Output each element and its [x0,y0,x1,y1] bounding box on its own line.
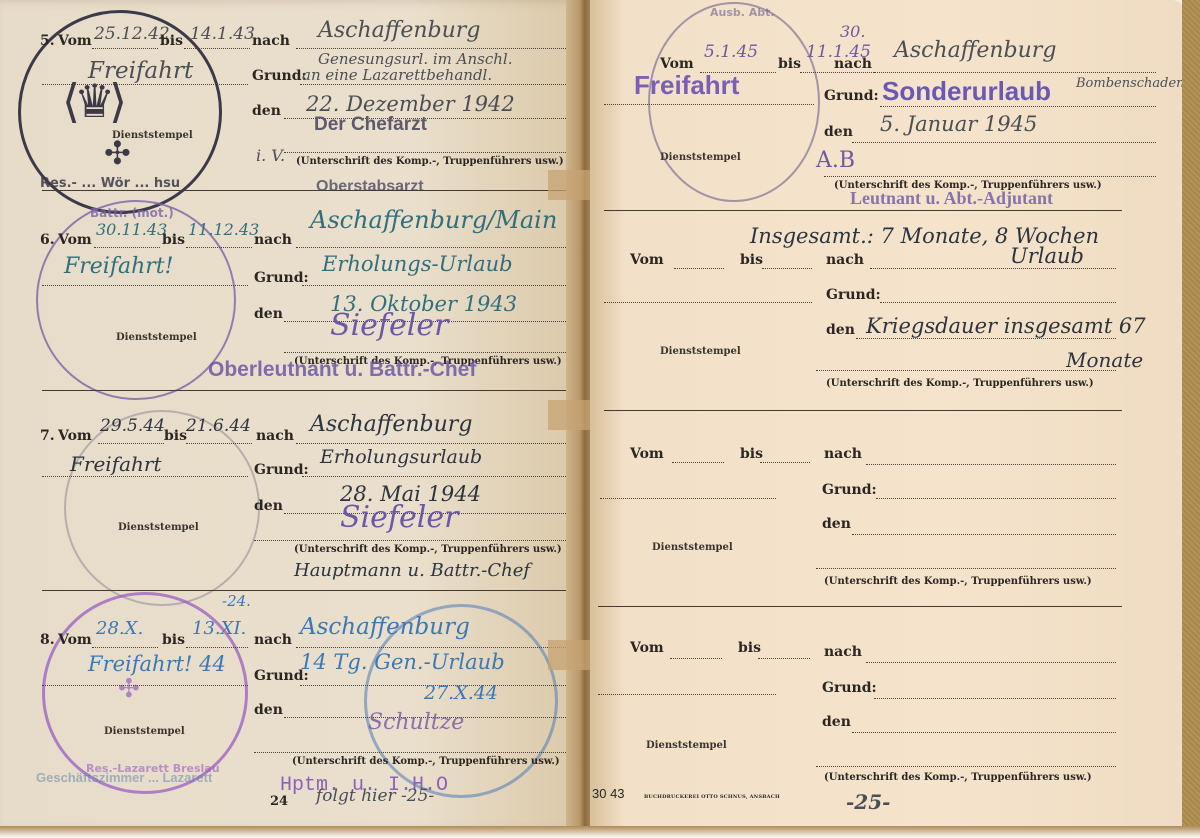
printer-imprint: BUCHDRUCKEREI OTTO SCHNUS, ANSBACH [644,794,780,800]
round-stamp-text: Battr. (mot.) [90,206,174,220]
nach-label: nach [834,56,872,72]
entry-5: ⟨♛⟩ ✣ Res.- ... Wör ... hsu 5. Vom 25.12… [0,0,580,190]
nach-label: nach [826,252,864,268]
den-field [852,534,1116,535]
bis-label: bis [160,33,183,49]
right-page: Ausb. Abt. Vom 5.1.45 bis 11.1.45 30. na… [590,0,1186,832]
signature: Siefeler [340,500,458,535]
vom-field [670,658,722,659]
rank-stamp: Oberleutnant u. Battr.-Chef [208,358,476,382]
bis-label: bis [778,56,801,72]
unterschrift-caption: (Unterschrift des Komp.-, Truppenführers… [292,756,560,767]
entry-r2: Insgesamt.: 7 Monate, 8 Wochen Vom bis n… [590,210,1150,410]
bis-label: bis [162,632,185,648]
round-stamp-faint [64,410,260,606]
den-label: den [254,702,283,718]
entry-8: Res.-Lazarett Breslau ✣ 8. Vom 28.X. bis… [0,590,580,830]
den-value-line2: Monate [1066,348,1143,372]
bis-note: -24. [222,592,251,610]
left-page: ⟨♛⟩ ✣ Res.- ... Wör ... hsu 5. Vom 25.12… [0,0,590,832]
rank-stamp: Leutnant u. Abt.-Adjutant [850,188,1053,209]
entry-r1: Ausb. Abt. Vom 5.1.45 bis 11.1.45 30. na… [590,0,1150,210]
vom-value: 5.1.45 [704,42,758,62]
vom-value: 28.X. [96,618,143,639]
dienststempel-label: Dienststempel [104,726,185,737]
entry-7: 7. Vom 29.5.44 bis 21.6.44 nach Aschaffe… [0,390,580,590]
mode-value: Freifahrt! 44 [88,652,226,676]
den-label: den [826,322,855,338]
round-stamp-abteilung [648,2,820,202]
faint-stamp: Geschäftszimmer ... Lazarett [36,770,212,785]
den-value: 27.X.44 [424,682,498,704]
nach-label: nach [254,232,292,248]
unterschrift-caption: (Unterschrift des Komp.-, Truppenführers… [296,156,564,167]
nach-value: Aschaffenburg [894,38,1056,63]
rank-value: Hauptmann u. Battr.-Chef [294,560,530,581]
signature-field [816,766,1116,767]
book-cover-edge [1182,0,1200,838]
unterschrift-caption: (Unterschrift des Komp.-, Truppenführers… [826,378,1094,389]
entry-number: 6. [40,232,55,248]
grund-label: Grund: [822,680,877,696]
page-number: 24 [270,794,288,809]
grund-label: Grund: [252,68,307,84]
grund-value: 14 Tg. Gen.-Urlaub [300,650,505,674]
dienststempel-label: Dienststempel [660,152,741,163]
bis-note: 30. [840,22,865,41]
entry-number: 8. [40,632,55,648]
chefarzt-stamp: Der Chefarzt [314,114,427,136]
bis-label: bis [738,640,761,656]
nach-value: Aschaffenburg [300,614,470,640]
den-label: den [254,306,283,322]
nach-value: Aschaffenburg [310,412,472,437]
entry-number: 7. [40,428,55,444]
swastika-emblem-icon: ✣ [118,674,140,704]
bis-value: 21.6.44 [186,416,251,436]
signature-prefix: i. V. [256,146,285,165]
vom-value: 29.5.44 [100,416,165,436]
tape-strip [548,400,592,430]
nach-field [866,662,1116,663]
vom-label: Vom [58,232,92,248]
signature-field [816,568,1116,569]
bis-field [760,462,810,463]
mode-value: Freifahrt [88,58,193,84]
tape-strip [548,640,592,670]
vom-label: Vom [630,640,664,656]
den-value: 22. Dezember 1942 [306,92,515,116]
dienststempel-label: Dienststempel [660,346,741,357]
bis-label: bis [164,428,187,444]
bis-label: bis [740,446,763,462]
grund-label: Grund: [822,482,877,498]
nach-field [866,464,1116,465]
den-label: den [254,498,283,514]
dienststempel-label: Dienststempel [646,740,727,751]
grund-value: Erholungsurlaub [320,446,482,468]
grund-label: Grund: [826,287,881,303]
mode-value: Freifahrt! [64,254,173,279]
nach-label: nach [254,632,292,648]
grund-field [876,498,1116,499]
grund-label: Grund: [824,88,879,104]
vom-label: Vom [58,428,92,444]
entry-6: Battr. (mot.) 6. Vom 30.11.43 bis 11.12.… [0,190,580,390]
round-stamp-text: Res.- ... Wör ... hsu [40,176,180,191]
nach-value: Aschaffenburg [318,18,480,43]
den-value: Kriegsdauer insgesamt 67 [866,314,1146,338]
dienststempel-label: Dienststempel [112,130,193,141]
document-spread: ⟨♛⟩ ✣ Res.- ... Wör ... hsu 5. Vom 25.12… [0,0,1200,838]
round-stamp-text: Ausb. Abt. [710,6,775,19]
tape-strip [548,170,592,200]
nach-value: Urlaub [1010,244,1084,268]
dienststempel-label: Dienststempel [652,542,733,553]
grund-note: Bombenschaden [1076,76,1185,91]
signature-initials: A.B [816,148,855,173]
bis-value: 14.1.43 [190,24,255,44]
den-value: 5. Januar 1945 [880,112,1037,136]
entry-r3: Vom bis nach Grund: den Dienststempel (U… [590,410,1150,606]
signature: Siefeler [330,308,448,343]
den-label: den [252,103,281,119]
den-label: den [824,124,853,140]
grund-value: Erholungs-Urlaub [322,252,513,276]
dienststempel-label: Dienststempel [116,332,197,343]
book-bottom-edge [0,826,1200,838]
unterschrift-caption: (Unterschrift des Komp.-, Truppenführers… [824,576,1092,587]
entry-r4: Vom bis nach Grund: den Dienststempel (U… [590,606,1150,832]
mode-value: Freifahrt [70,452,161,476]
bis-label: bis [162,232,185,248]
grund-field [874,698,1116,699]
sonderurlaub-stamp: Sonderurlaub [882,76,1051,107]
vom-value: 30.11.43 [96,220,167,239]
vom-value: 25.12.42 [94,24,170,44]
unterschrift-caption: (Unterschrift des Komp.-, Truppenführers… [824,772,1092,783]
bottom-note: folgt hier -25- [316,786,434,806]
nach-label: nach [252,33,290,49]
den-label: den [822,714,851,730]
vom-label: Vom [630,446,664,462]
vom-field [672,462,724,463]
grund-label: Grund: [254,462,309,478]
nach-value: Aschaffenburg/Main [310,206,557,234]
den-field [852,732,1116,733]
vom-label: Vom [58,632,92,648]
nach-label: nach [824,446,862,462]
nach-label: nach [256,428,294,444]
vom-label: Vom [630,252,664,268]
dienststempel-label: Dienststempel [118,522,199,533]
nach-label: nach [824,644,862,660]
vom-label: Vom [58,33,92,49]
unterschrift-caption: (Unterschrift des Komp.-, Truppenführers… [294,544,562,555]
bis-field [758,658,810,659]
grund-value-line2: an eine Lazarettbehandl. [302,66,492,84]
page-number: -25- [846,790,890,814]
bis-value: 11.12.43 [188,220,259,239]
signature: Schultze [368,710,464,735]
grund-label: Grund: [254,270,309,286]
printer-number: 30 43 [592,786,625,801]
bis-value: 13.XI. [192,618,246,639]
bis-label: bis [740,252,763,268]
freifahrt-stamp: Freifahrt [634,70,739,101]
den-label: den [822,516,851,532]
entry-number: 5. [40,33,55,49]
